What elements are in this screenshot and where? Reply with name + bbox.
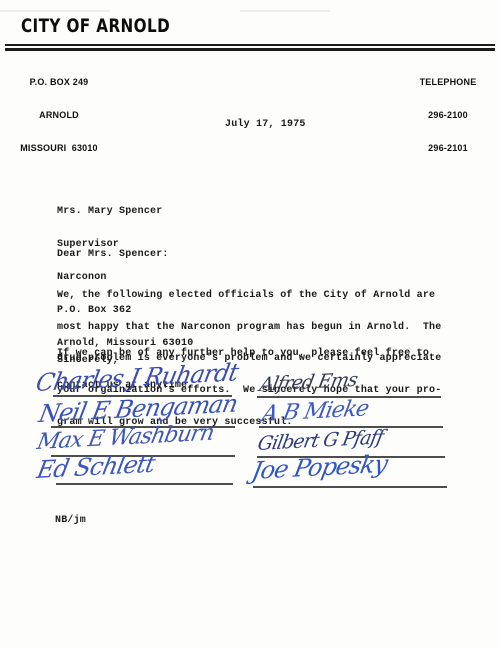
- letterhead-address: P.O. BOX 249 ARNOLD MISSOURI 63010: [16, 55, 102, 176]
- signature-line: [253, 486, 447, 488]
- scanned-letter-page: CITY OF ARNOLD P.O. BOX 249 ARNOLD MISSO…: [0, 0, 500, 647]
- recipient-line: Mrs. Mary Spencer: [57, 206, 193, 217]
- reference-initials: NB/jm: [55, 515, 86, 526]
- letterhead-title: CITY OF ARNOLD: [21, 15, 170, 37]
- signature-alfred-ems: Alfred Ems: [258, 371, 359, 395]
- signature-joe-popesky: Joe Popesky: [250, 452, 389, 483]
- letterhead-address-line: P.O. BOX 249: [16, 77, 102, 88]
- letterhead-rule-thick: [5, 48, 495, 51]
- scan-artifact: [0, 10, 110, 12]
- telephone-number: 296-2100: [417, 110, 479, 121]
- telephone-label: TELEPHONE: [417, 77, 479, 88]
- letterhead-address-line: ARNOLD: [16, 110, 102, 121]
- signature-ed-schlett: Ed Schlett: [35, 452, 157, 482]
- telephone-number: 296-2101: [417, 143, 479, 154]
- letterhead-telephone: TELEPHONE 296-2100 296-2101: [417, 55, 479, 176]
- letter-date: July 17, 1975: [225, 119, 306, 130]
- salutation: Dear Mrs. Spencer:: [57, 249, 169, 260]
- signature-ab-mieke: A B Mieke: [260, 398, 370, 426]
- body-line: We, the following elected officials of t…: [57, 291, 441, 301]
- letterhead-address-line: MISSOURI 63010: [16, 143, 102, 154]
- scan-artifact: [240, 10, 330, 12]
- signature-line: [56, 483, 233, 485]
- letterhead-rule-thin: [5, 44, 495, 46]
